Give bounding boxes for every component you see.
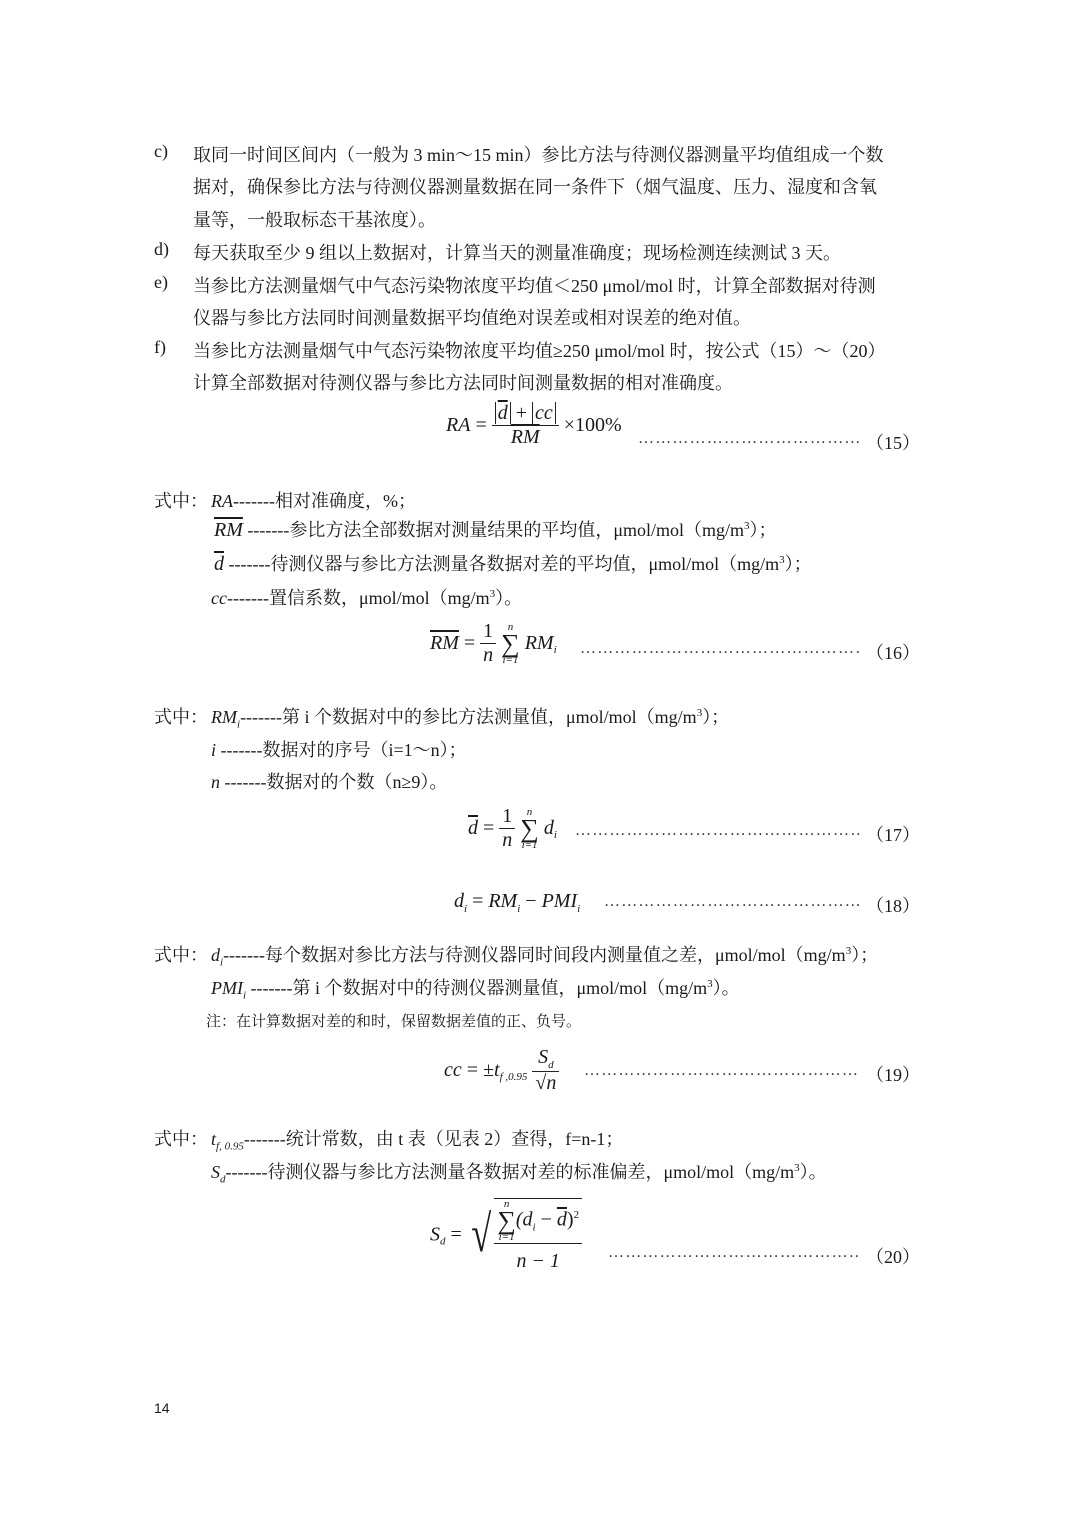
equation-number: （19） (866, 1061, 920, 1087)
eq-fraction: 1n (480, 620, 496, 667)
eq-rmbar: RM (492, 426, 559, 449)
equation-number: （20） (866, 1243, 920, 1269)
eq-cc: cc (532, 402, 556, 424)
eq-tail: ×100% (564, 414, 622, 436)
def-line: i -------数据对的序号（i=1～n）； (211, 736, 467, 762)
sqrt-icon: √ (471, 1195, 491, 1275)
item-label: c) (154, 141, 168, 162)
item-text-line: 据对，确保参比方法与待测仪器测量数据在同一条件下（烟气温度、压力、湿度和含氧 (193, 173, 877, 199)
equation-18: di = RMi − PMIi (454, 890, 580, 915)
page-number: 14 (154, 1400, 170, 1416)
equation-16: RM = 1n n∑i=1 RMi (430, 620, 557, 667)
defs-prefix: 式中： (154, 487, 208, 513)
equation-20: Sd = √ n∑i=1(di − d)2 n − 1 (430, 1195, 582, 1275)
note-text: 注：在计算数据对差的和时，保留数据差值的正、负号。 (206, 1010, 581, 1031)
leader-dots: ……………………………………………………………………… (638, 430, 860, 448)
eq-op: + (516, 402, 527, 424)
eq-dbar: d (495, 402, 511, 424)
def-line: PMIi -------第 i 个数据对中的待测仪器测量值，μmol/mol（m… (211, 974, 740, 1002)
sum-icon: n∑i=1 (497, 1199, 516, 1243)
equation-15: RA = d + cc RM ×100% (446, 402, 622, 449)
item-label: f) (154, 337, 166, 358)
item-text-line: 当参比方法测量烟气中气态污染物浓度平均值≥250 μmol/mol 时，按公式（… (193, 337, 886, 363)
def-line: cc-------置信系数，μmol/mol（mg/m3）。 (211, 584, 522, 610)
eq-fraction: n∑i=1(di − d)2 n − 1 (494, 1198, 582, 1273)
item-label: e) (154, 272, 168, 293)
equation-19: cc = ±tf ,0.95 Sd√n (444, 1046, 559, 1095)
leader-dots: ……………………………………………………………………… (608, 1244, 860, 1262)
defs-prefix: 式中： (154, 941, 208, 967)
def-line: d -------待测仪器与参比方法测量各数据对差的平均值，μmol/mol（m… (214, 550, 812, 576)
equation-number: （16） (866, 639, 920, 665)
item-text-line: 量等，一般取标态干基浓度）。 (193, 206, 436, 232)
equation-number: （18） (866, 892, 920, 918)
eq-lhs: RA (446, 414, 470, 436)
eq-fraction: d + cc RM (492, 402, 559, 449)
leader-dots: ……………………………………………………………………… (584, 1062, 860, 1080)
def-line: di-------每个数据对参比方法与待测仪器同时间段内测量值之差，μmol/m… (211, 941, 878, 969)
def-line: Sd-------待测仪器与参比方法测量各数据对差的标准偏差，μmol/mol（… (211, 1158, 827, 1186)
eq-lhs: RM (430, 632, 459, 654)
defs-prefix: 式中： (154, 1125, 208, 1151)
equation-number: （17） (866, 821, 920, 847)
def-line: RMi-------第 i 个数据对中的参比方法测量值，μmol/mol（mg/… (211, 703, 729, 731)
sum-icon: n∑i=1 (501, 622, 520, 666)
eq-fraction: Sd√n (532, 1046, 559, 1095)
defs-prefix: 式中： (154, 703, 208, 729)
eq-lhs: d (468, 817, 478, 839)
sum-icon: n∑i=1 (520, 807, 539, 851)
def-line: RA-------相对准确度，%； (211, 487, 416, 513)
leader-dots: ……………………………………………………………………… (575, 822, 860, 840)
equation-number: （15） (866, 429, 920, 455)
item-text-line: 当参比方法测量烟气中气态污染物浓度平均值＜250 μmol/mol 时，计算全部… (193, 272, 876, 298)
item-text-line: 计算全部数据对待测仪器与参比方法同时间测量数据的相对准确度。 (193, 369, 733, 395)
item-label: d) (154, 239, 169, 260)
def-line: n -------数据对的个数（n≥9）。 (211, 768, 447, 794)
item-text-line: 每天获取至少 9 组以上数据对，计算当天的测量准确度；现场检测连续测试 3 天。 (193, 239, 841, 265)
item-text-line: 仪器与参比方法同时间测量数据平均值绝对误差或相对误差的绝对值。 (193, 304, 751, 330)
def-line: RM -------参比方法全部数据对测量结果的平均值，μmol/mol（mg/… (214, 516, 777, 542)
leader-dots: ……………………………………………………………………… (604, 893, 860, 911)
item-text-line: 取同一时间区间内（一般为 3 min～15 min）参比方法与待测仪器测量平均值… (193, 141, 884, 167)
equation-17: d = 1n n∑i=1 di (468, 805, 557, 852)
eq-fraction: 1n (499, 805, 515, 852)
leader-dots: ……………………………………………………………………… (580, 640, 860, 658)
def-line: tf, 0.95-------统计常数，由 t 表（见表 2）查得，f=n-1； (211, 1125, 623, 1153)
